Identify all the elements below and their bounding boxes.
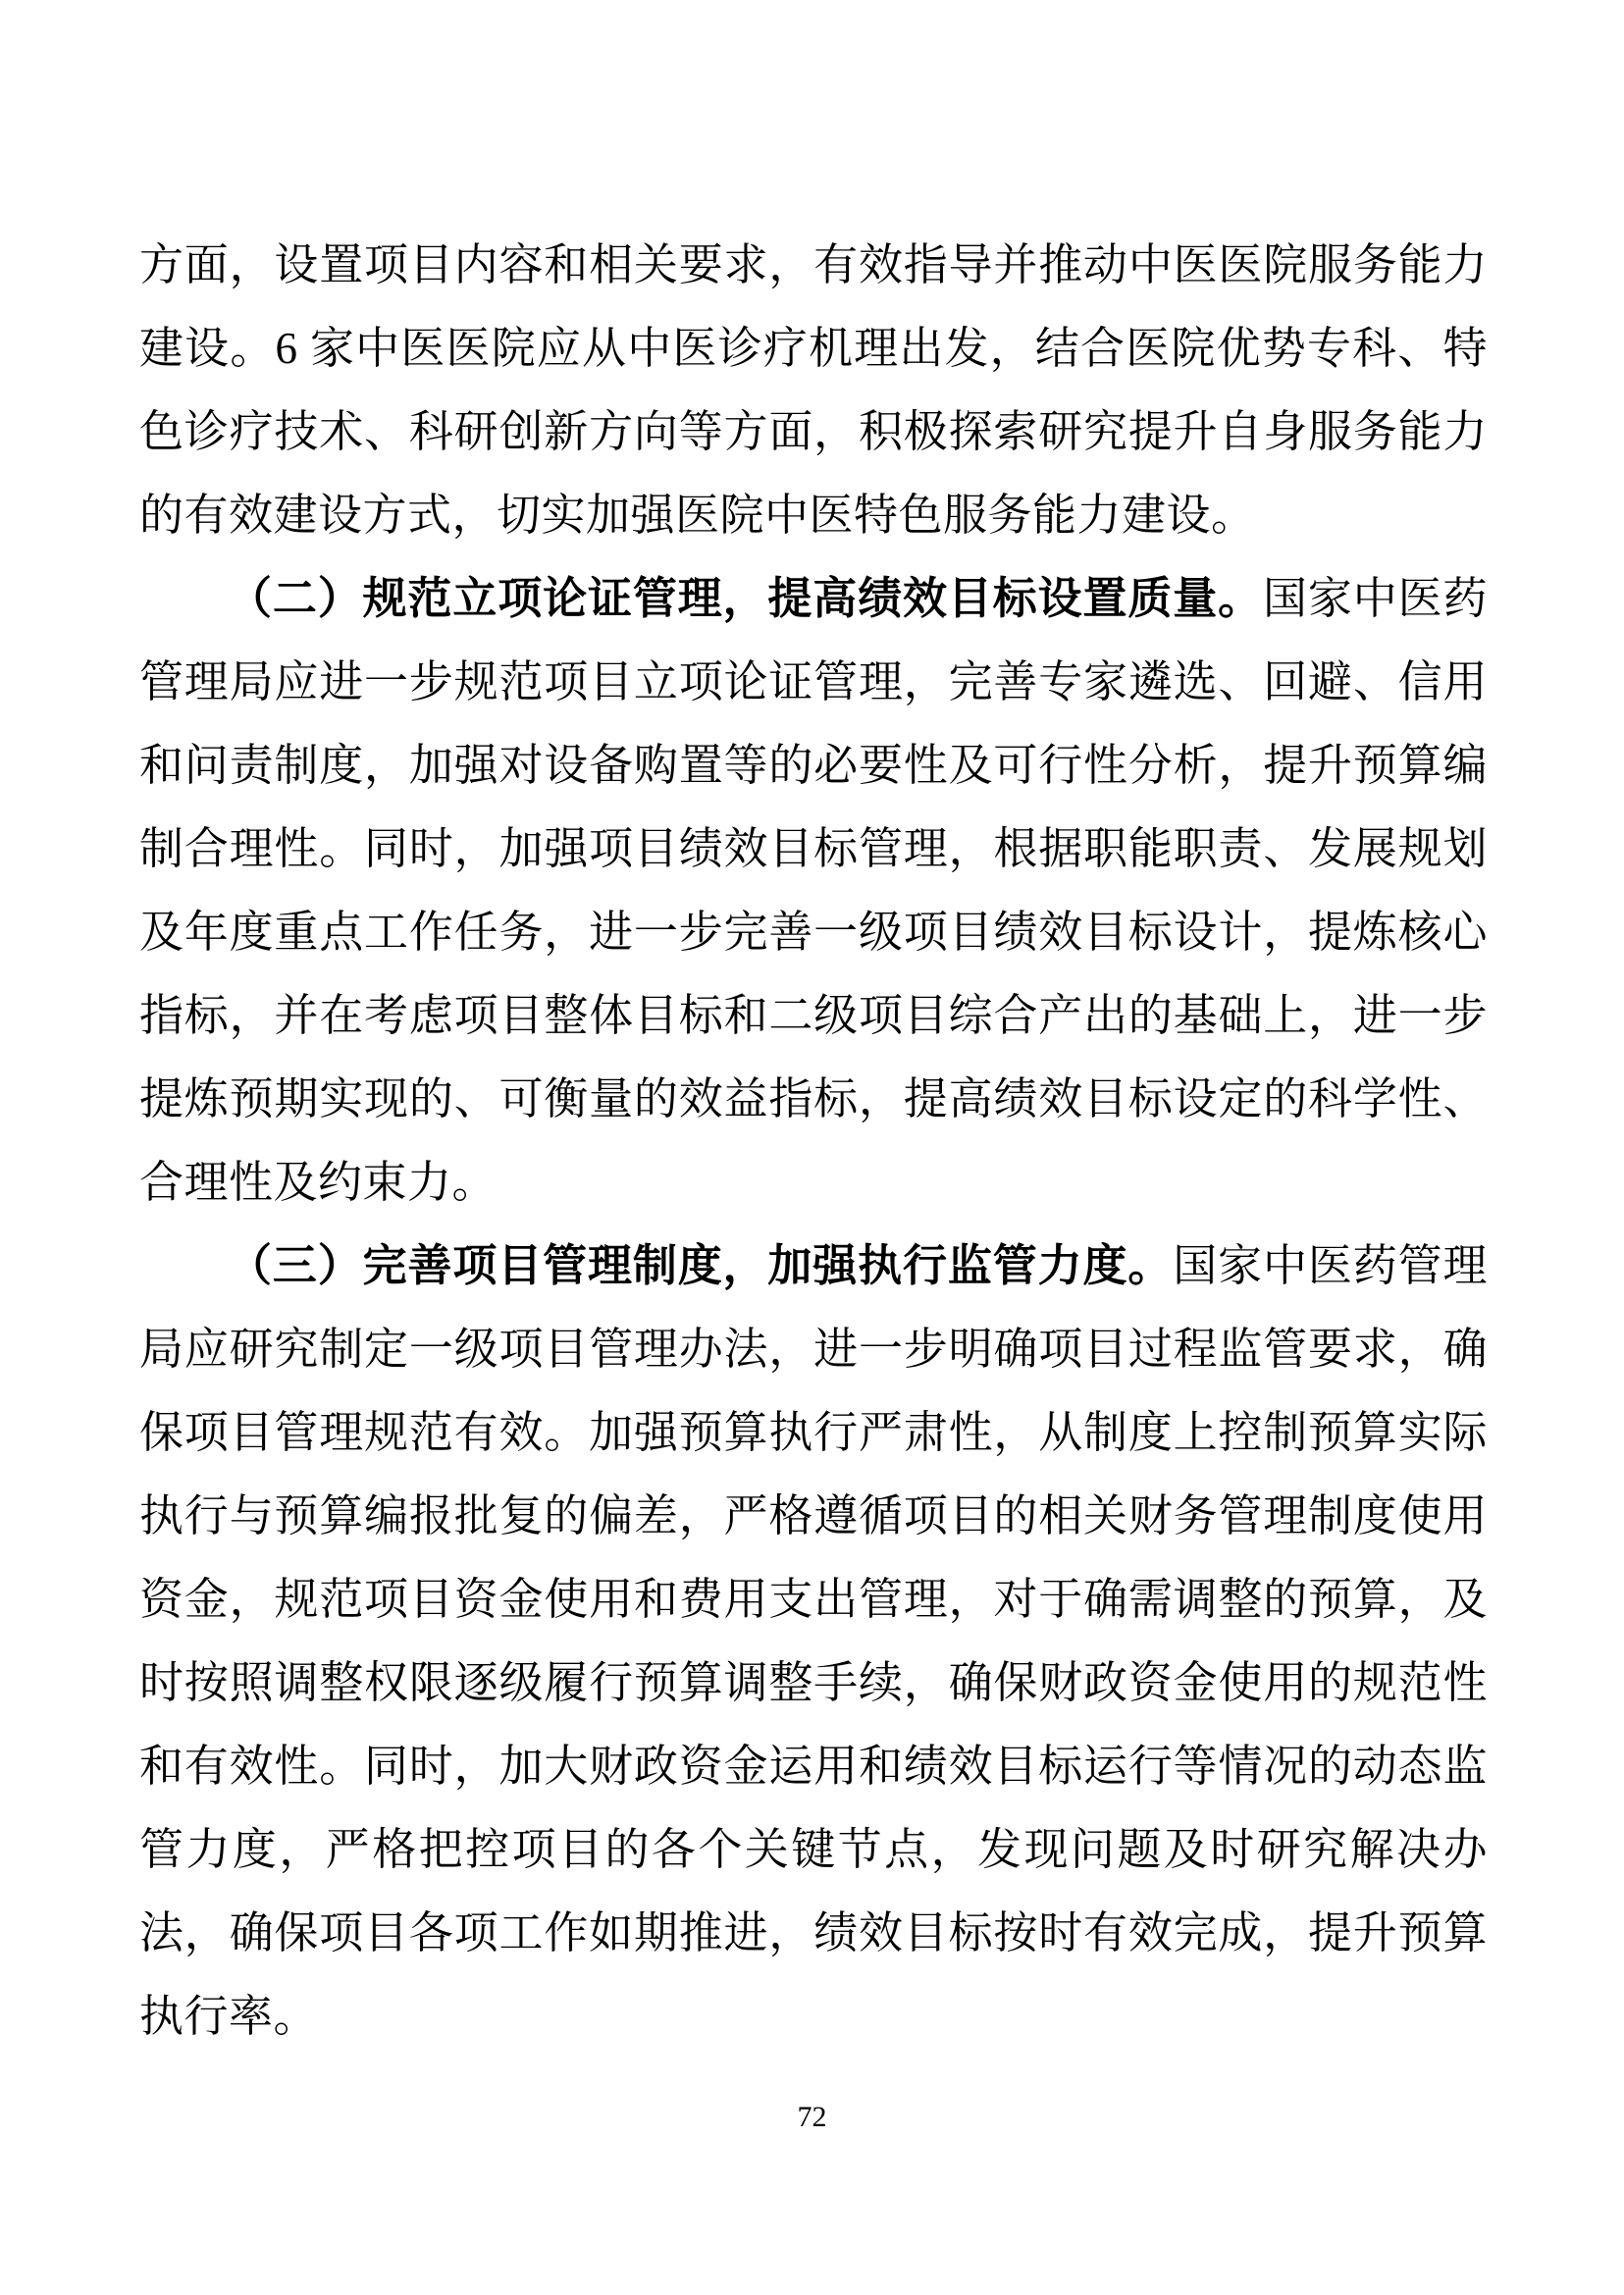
paragraph: （三）完善项目管理制度，加强执行监管力度。国家中医药管理局应研究制定一级项目管理… [139, 1225, 1488, 2059]
page-number: 72 [0, 2100, 1624, 2135]
document-page: 方面，设置项目内容和相关要求，有效指导并推动中医医院服务能力建设。6 家中医医院… [0, 0, 1624, 2295]
paragraph-text: 国家中医药管理局应进一步规范项目立项论证管理，完善专家遴选、回避、信用和问责制度… [139, 574, 1488, 1207]
document-body: 方面，设置项目内容和相关要求，有效指导并推动中医医院服务能力建设。6 家中医医院… [139, 224, 1488, 2059]
section-heading: （三）完善项目管理制度，加强执行监管力度。 [228, 1241, 1173, 1290]
section-heading: （二）规范立项论证管理，提高绩效目标设置质量。 [228, 574, 1263, 623]
paragraph-text: 方面，设置项目内容和相关要求，有效指导并推动中医医院服务能力建设。6 家中医医院… [139, 240, 1488, 540]
paragraph: 方面，设置项目内容和相关要求，有效指导并推动中医医院服务能力建设。6 家中医医院… [139, 224, 1488, 557]
paragraph-text: 国家中医药管理局应研究制定一级项目管理办法，进一步明确项目过程监管要求，确保项目… [139, 1241, 1488, 2041]
paragraph: （二）规范立项论证管理，提高绩效目标设置质量。国家中医药管理局应进一步规范项目立… [139, 557, 1488, 1225]
